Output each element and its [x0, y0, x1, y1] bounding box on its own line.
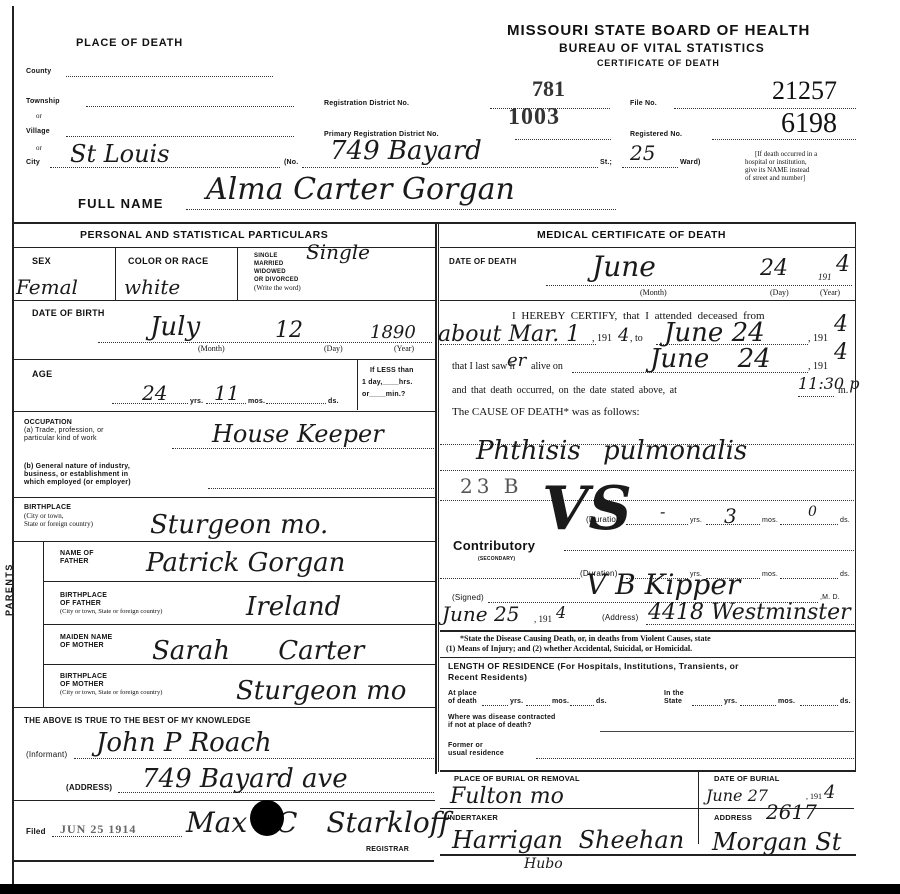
bottom-edge [0, 884, 900, 894]
divider [14, 359, 435, 360]
sex-value: Femal [16, 275, 78, 299]
divider [14, 411, 435, 412]
duration2-lead[interactable] [440, 578, 580, 579]
father-name-labels: NAME OF FATHER [60, 550, 94, 566]
yrs-label: yrs. [190, 398, 203, 406]
mos-label: mos. [552, 698, 569, 706]
dod-month: June [592, 250, 656, 283]
city-label: City [26, 159, 40, 167]
registration-district-label: Registration District No. [324, 100, 409, 108]
divider [14, 860, 434, 862]
year-caption: (Year) [820, 288, 840, 297]
mos-label: mos. [248, 398, 265, 406]
ds-label: ds. [840, 571, 850, 579]
mos-label: mos. [762, 517, 778, 525]
physician-signature: V B Kipper [586, 568, 740, 601]
registered-no-label: Registered No. [630, 131, 682, 139]
undertaker-address-label: ADDRESS [714, 814, 752, 822]
less-than-day-note: If LESS than 1 day,____hrs. or____min.? [362, 365, 414, 401]
death-occurred-text: and that death occurred, on the date sta… [452, 385, 677, 396]
divider [44, 664, 435, 665]
filed-date-stamp: JUN 25 1914 [60, 822, 136, 837]
father-birthplace-value: Ireland [246, 592, 341, 622]
file-no-label: File No. [630, 100, 657, 108]
duration-yrs-value: - [660, 502, 665, 521]
street-value: 749 Bayard [330, 136, 482, 166]
ink-blot [250, 800, 284, 836]
yrs-label: yrs. [510, 698, 523, 706]
burial-date-label: DATE OF BURIAL [714, 775, 780, 783]
date-of-death-label: DATE OF DEATH [449, 257, 517, 266]
residence-title-2: Recent Residents) [448, 672, 527, 682]
contributory-label: Contributory [453, 538, 535, 553]
day-caption: (Day) [770, 288, 789, 297]
ward-field[interactable] [622, 167, 678, 168]
divider [44, 624, 435, 625]
full-name-value: Alma Carter Gorgan [206, 172, 515, 207]
cause-line-2[interactable] [440, 470, 854, 471]
divider [14, 707, 435, 708]
medical-section-title: MEDICAL CERTIFICATE OF DEATH [537, 229, 726, 241]
physician-address-label: (Address) [602, 614, 638, 622]
township-label: Township [26, 98, 60, 106]
signed-date: June 25 [442, 602, 519, 626]
divider [440, 657, 856, 658]
burial-place-value: Fulton mo [450, 784, 564, 809]
at-place-yrs-field[interactable] [482, 705, 508, 706]
village-label: Village [26, 128, 50, 136]
burial-year: 4 [824, 782, 835, 803]
age-years-value: 24 [142, 381, 167, 405]
village-field[interactable] [66, 136, 294, 137]
mother-birthplace-value: Sturgeon mo [236, 676, 406, 706]
month-caption: (Month) [198, 344, 225, 353]
divider [440, 854, 856, 856]
contracted-field[interactable] [600, 731, 854, 732]
contributory-field[interactable] [564, 550, 854, 551]
registrar-label: REGISTRAR [366, 846, 409, 854]
place-of-death-title: PLACE OF DEATH [76, 37, 183, 49]
divider [14, 800, 435, 801]
full-name-label: FULL NAME [78, 196, 164, 211]
or-label: or [36, 144, 42, 152]
divider [440, 300, 856, 301]
divider [14, 541, 435, 542]
divider [14, 300, 435, 301]
former-residence-label: Former or usual residence [448, 742, 504, 758]
to-year-prefix: , 191 [808, 333, 828, 344]
or-label: or [36, 112, 42, 120]
burial-place-label: PLACE OF BURIAL OR REMOVAL [454, 775, 580, 783]
time-suffix: m. [838, 385, 848, 396]
dod-year-prefix: 191 [818, 272, 832, 282]
knowledge-statement: THE ABOVE IS TRUE TO THE BEST OF MY KNOW… [24, 717, 251, 725]
undertaker-value: Harrigan Sheehan [452, 826, 684, 854]
ds-label: ds. [840, 698, 851, 706]
board-title: MISSOURI STATE BOARD OF HEALTH [507, 22, 810, 39]
divider [357, 360, 358, 410]
dob-year: 1890 [370, 322, 416, 343]
cause-of-death-value: Phthisis pulmonalis [476, 436, 747, 466]
father-birthplace-labels: BIRTHPLACE OF FATHER (City or town, Stat… [60, 592, 162, 616]
ds-label: ds. [328, 398, 339, 406]
filed-label: Filed [26, 828, 46, 836]
occupation-value: House Keeper [212, 420, 384, 448]
registration-district-value: 781 [532, 76, 565, 102]
day-caption: (Day) [324, 344, 343, 353]
parents-vertical-label: PARENTS [4, 563, 14, 616]
divider [44, 581, 435, 582]
cause-of-death-text: The CAUSE OF DEATH* was as follows: [452, 406, 640, 418]
at-place-label: At place of death [448, 690, 477, 706]
registrar-signature: Max C Starkloff [186, 806, 450, 839]
industry-field[interactable] [208, 488, 434, 489]
contracted-label: Where was disease contracted if not at p… [448, 714, 556, 730]
duration-label: (Duration) [586, 516, 624, 524]
industry-labels: (b) General nature of industry, business… [24, 463, 131, 487]
year-caption: (Year) [394, 344, 414, 353]
divider [14, 497, 435, 498]
ds-label: ds. [840, 517, 850, 525]
dod-year: 4 [836, 252, 850, 277]
right-border [855, 224, 856, 772]
residence-title: LENGTH OF RESIDENCE (For Hospitals, Inst… [448, 661, 739, 671]
physician-address-value: 4418 Westminster [648, 600, 851, 625]
from-year: 4 [618, 325, 629, 346]
city-value: St Louis [70, 140, 170, 168]
undertaker-value-2: Hubo [524, 856, 563, 872]
alive-on-text: alive on [531, 361, 563, 372]
age-label: AGE [32, 369, 52, 379]
mos-label: mos. [778, 698, 795, 706]
county-field[interactable] [66, 76, 273, 77]
mother-name-value: Sarah Carter [152, 636, 364, 666]
undertaker-address-value-2: Morgan St [712, 828, 841, 856]
time-field[interactable] [798, 396, 834, 397]
full-name-field[interactable] [186, 209, 616, 210]
former-residence-field[interactable] [536, 758, 854, 759]
last-saw-date: June 24 [650, 344, 771, 374]
divider [237, 248, 238, 300]
undertaker-address-value: 2617 [766, 800, 817, 824]
duration-ds-value: 0 [808, 504, 817, 520]
in-state-yrs-field[interactable] [692, 705, 722, 706]
burial-date-value: June 27 [706, 786, 768, 805]
in-state-label: In the State [664, 690, 684, 706]
hospital-note: [If death occurred in a hospital or inst… [745, 150, 857, 182]
dob-month: July [150, 312, 200, 342]
dob-day: 12 [275, 318, 303, 343]
center-divider [435, 224, 437, 774]
mos-label: mos. [762, 571, 778, 579]
mother-name-labels: MAIDEN NAME OF MOTHER [60, 634, 112, 650]
at-place-ds-field[interactable] [570, 705, 594, 706]
occupation-labels: OCCUPATION (a) Trade, profession, or par… [24, 419, 104, 443]
primary-registration-field[interactable] [515, 139, 611, 140]
last-saw-year: 4 [834, 340, 848, 365]
month-caption: (Month) [640, 288, 667, 297]
father-name-value: Patrick Gorgan [146, 548, 345, 578]
last-saw-text: that I last saw h [452, 361, 515, 372]
yrs-label: yrs. [690, 517, 702, 525]
in-state-ds-field[interactable] [800, 705, 838, 706]
last-saw-year-prefix: , 191 [808, 361, 828, 372]
age-months-value: 11 [214, 381, 239, 405]
time-value: 11:30 p [798, 374, 859, 393]
personal-section-title: PERSONAL AND STATISTICAL PARTICULARS [80, 229, 328, 241]
marital-status-value: Single [306, 240, 370, 264]
informant-label: (Informant) [26, 751, 67, 759]
informant-value: John P Roach [96, 728, 272, 758]
duration-mos-value: 3 [724, 504, 737, 528]
undertaker-label: UNDERTAKER [444, 814, 498, 822]
attended-from-field[interactable] [440, 344, 596, 345]
divider [440, 247, 856, 248]
street-field[interactable] [302, 167, 598, 168]
cause-line-3[interactable] [440, 500, 854, 501]
street-label: St.; [600, 159, 612, 167]
primary-registration-label: Primary Registration District No. [324, 131, 439, 139]
registered-no-value: 6198 [781, 108, 837, 140]
signed-label: (Signed) [452, 594, 484, 602]
birthplace-value: Sturgeon mo. [150, 510, 328, 540]
county-label: County [26, 68, 51, 76]
bureau-title: BUREAU OF VITAL STATISTICS [559, 41, 765, 55]
dod-day: 24 [760, 256, 788, 281]
birthplace-labels: BIRTHPLACE (City or town, State or forei… [24, 504, 93, 528]
left-col-right-border [438, 224, 439, 772]
street-number-label: (No. [284, 159, 298, 167]
secondary-label: (SECONDARY) [478, 555, 515, 563]
to-label: , to [630, 333, 643, 344]
at-place-mos-field[interactable] [526, 705, 550, 706]
mother-birthplace-labels: BIRTHPLACE OF MOTHER (City or town, Stat… [60, 673, 162, 697]
death-certificate: PLACE OF DEATH MISSOURI STATE BOARD OF H… [0, 0, 900, 894]
age-days-field[interactable] [266, 403, 326, 404]
marginal-mark: VS [542, 474, 632, 544]
primary-registration-value: 1003 [508, 104, 560, 131]
marital-status-labels: SINGLE MARRIED WIDOWED OR DIVORCED (Writ… [254, 252, 301, 292]
last-saw-pronoun: er [507, 350, 526, 371]
ward-label: Ward) [680, 159, 701, 167]
cause-footnote: *State the Disease Causing Death, or, in… [446, 634, 711, 654]
divider [14, 247, 435, 248]
duration2-ds-field[interactable] [780, 578, 838, 579]
left-border [12, 6, 14, 886]
file-no-value: 21257 [772, 76, 837, 106]
duration-ds-field[interactable] [780, 524, 838, 525]
cause-code: 23 B [460, 474, 523, 498]
informant-address-value: 749 Bayard ave [142, 764, 348, 794]
in-state-mos-field[interactable] [740, 705, 776, 706]
race-label: COLOR OR RACE [128, 256, 208, 266]
informant-field[interactable] [74, 758, 434, 759]
township-field[interactable] [86, 106, 294, 107]
divider [440, 770, 856, 772]
divider [440, 630, 856, 632]
race-value: white [124, 275, 180, 299]
certificate-title: CERTIFICATE OF DEATH [597, 58, 720, 68]
signed-year-prefix: , 191 [534, 614, 552, 624]
ds-label: ds. [596, 698, 607, 706]
yrs-label: yrs. [724, 698, 737, 706]
divider [115, 248, 116, 300]
sex-label: SEX [32, 256, 51, 266]
duration-yrs-field[interactable] [626, 524, 688, 525]
informant-address-label: (ADDRESS) [66, 784, 112, 792]
signed-year: 4 [556, 603, 566, 622]
dod-field[interactable] [546, 285, 852, 286]
ward-value: 25 [630, 141, 655, 165]
from-year-prefix: , 191 [592, 333, 612, 344]
date-of-birth-label: DATE OF BIRTH [32, 308, 105, 318]
to-year: 4 [834, 312, 848, 337]
occupation-field[interactable] [172, 448, 434, 449]
